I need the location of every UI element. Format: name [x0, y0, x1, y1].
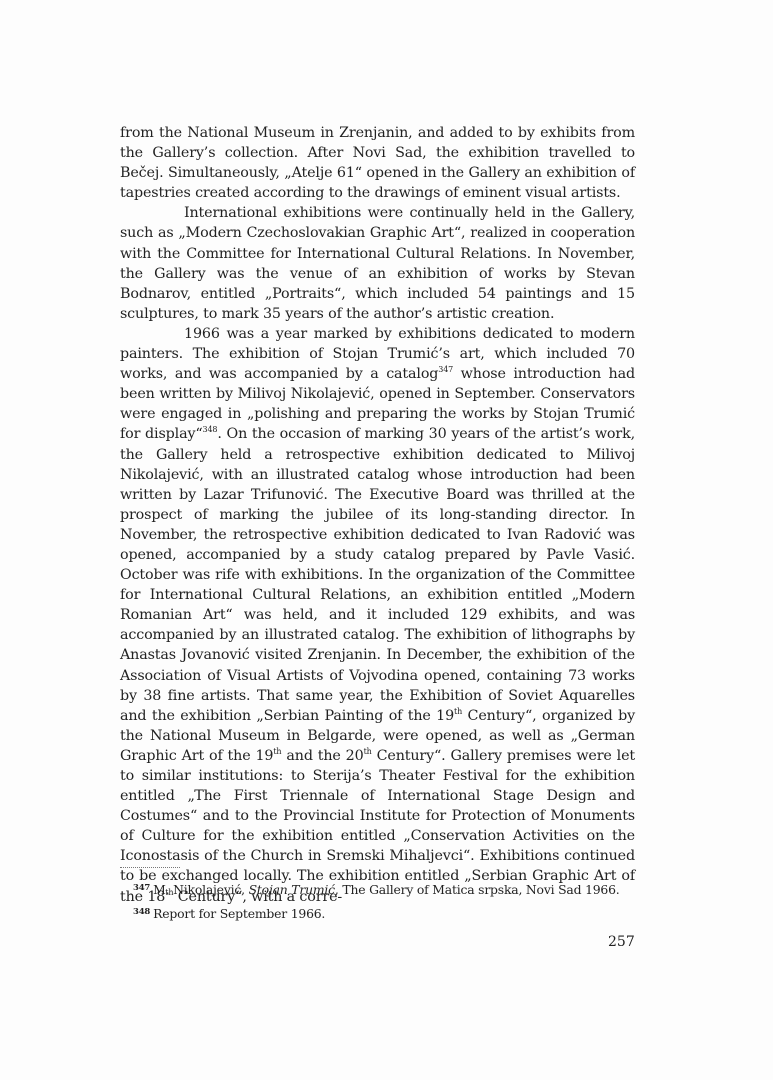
footnote-title: Stojan Trumić [249, 882, 335, 897]
footnote-text: M. Nikolajević, [153, 882, 248, 897]
paragraph: 1966 was a year marked by exhibitions de… [120, 324, 635, 907]
footnote-number: 348 [133, 907, 150, 917]
text-run: . On the occasion of marking 30 years of… [120, 426, 635, 723]
document-page: from the National Museum in Zrenjanin, a… [0, 0, 773, 1080]
body-text: from the National Museum in Zrenjanin, a… [120, 123, 635, 907]
footnote-reference: th [364, 747, 372, 756]
paragraph: from the National Museum in Zrenjanin, a… [120, 123, 635, 203]
footnote-reference: 348 [203, 425, 218, 434]
text-run: and the 20 [281, 748, 363, 764]
page-number: 257 [608, 934, 635, 950]
footnote-reference: 347 [438, 365, 453, 374]
footnote-348: 348Report for September 1966. [133, 901, 633, 925]
footnote-number: 347 [133, 883, 150, 893]
paragraph: International exhibitions were continual… [120, 203, 635, 324]
footnote-separator [120, 867, 180, 868]
footnote-347: 347M. Nikolajević, Stojan Trumić, The Ga… [133, 877, 633, 901]
footnotes: 347M. Nikolajević, Stojan Trumić, The Ga… [133, 877, 633, 925]
footnote-reference: th [454, 707, 462, 716]
footnote-text: , The Gallery of Matica srpska, Novi Sad… [335, 882, 620, 897]
footnote-text: Report for September 1966. [153, 906, 325, 921]
